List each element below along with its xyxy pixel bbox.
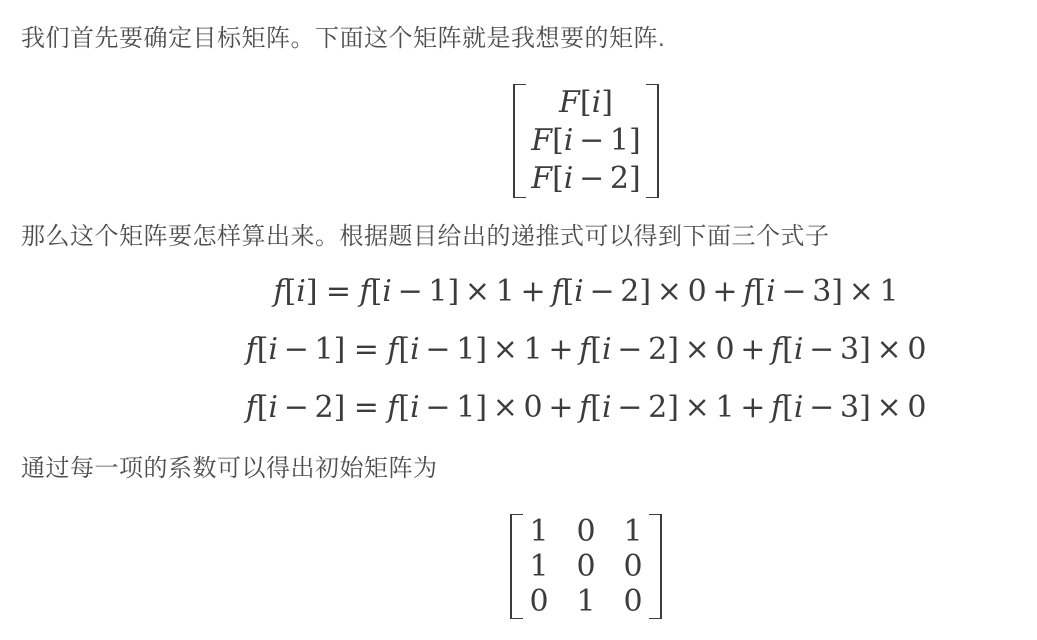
target-matrix: F[i]F[i−1]F[i−2] (513, 84, 658, 198)
matrix-cell: 1 (623, 514, 642, 549)
target-matrix-body: F[i]F[i−1]F[i−2] (526, 84, 645, 198)
matrix-row: 101 (528, 514, 644, 549)
matrix-cell: 0 (623, 549, 642, 584)
article-content: 我们首先要确定目标矩阵。下面这个矩阵就是我想要的矩阵. F[i]F[i−1]F[… (0, 22, 1037, 619)
matrix-cell: F[i−1] (531, 123, 640, 158)
matrix-cell: 0 (576, 549, 595, 584)
matrix-cell: 1 (576, 584, 595, 619)
paragraph-intro: 我们首先要确定目标矩阵。下面这个矩阵就是我想要的矩阵. (21, 22, 1037, 56)
matrix-row: 010 (528, 584, 644, 619)
paragraph-coefficients: 通过每一项的系数可以得出初始矩阵为 (21, 452, 1037, 486)
matrix-cell: 0 (529, 584, 548, 619)
left-bracket-icon (510, 514, 523, 619)
right-bracket-icon (646, 84, 659, 198)
matrix-row: 100 (528, 549, 644, 584)
equation-3: f[i−2]=f[i−1]×0+f[i−2]×1+f[i−3]×0 (246, 390, 927, 426)
matrix-cell: F[i] (559, 85, 613, 120)
matrix-cell: 0 (576, 514, 595, 549)
matrix-row: F[i−1] (531, 122, 640, 160)
equation-2-block: f[i−1]=f[i−1]×1+f[i−2]×0+f[i−3]×0 (21, 332, 1037, 368)
equation-1: f[i]=f[i−1]×1+f[i−2]×0+f[i−3]×1 (273, 274, 898, 310)
paragraph-recurrence: 那么这个矩阵要怎样算出来。根据题目给出的递推式可以得到下面三个式子 (21, 220, 1037, 254)
matrix-cell: 1 (529, 514, 548, 549)
right-bracket-icon (649, 514, 662, 619)
matrix-row: F[i] (531, 84, 640, 122)
matrix-cell: 0 (623, 584, 642, 619)
left-bracket-icon (513, 84, 526, 198)
matrix-cell: F[i−2] (531, 161, 640, 196)
target-matrix-block: F[i]F[i−1]F[i−2] (21, 84, 1037, 198)
equation-3-block: f[i−2]=f[i−1]×0+f[i−2]×1+f[i−3]×0 (21, 390, 1037, 426)
initial-matrix: 101100010 (510, 514, 662, 619)
initial-matrix-body: 101100010 (523, 514, 649, 619)
matrix-row: F[i−2] (531, 160, 640, 198)
initial-matrix-block: 101100010 (21, 514, 1037, 619)
equation-2: f[i−1]=f[i−1]×1+f[i−2]×0+f[i−3]×0 (246, 332, 927, 368)
equation-1-block: f[i]=f[i−1]×1+f[i−2]×0+f[i−3]×1 (21, 274, 1037, 310)
matrix-cell: 1 (529, 549, 548, 584)
